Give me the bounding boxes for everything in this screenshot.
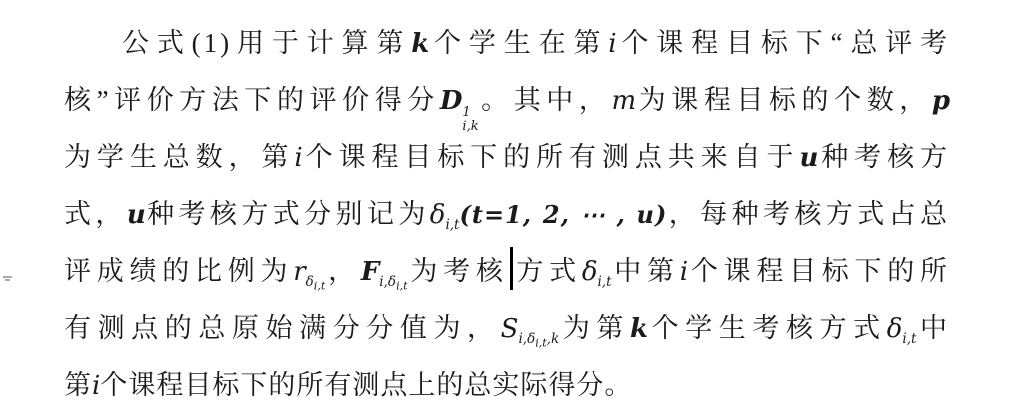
text-run: 个学生在第 (429, 28, 608, 58)
math-symbol-i: i (608, 29, 616, 59)
text-run: 个课程目标下的所 (688, 256, 950, 286)
text-run: 核”评价方法下的评价得分 (64, 85, 440, 115)
text-line-1[interactable]: 公式(1)用于计算第k个学生在第i个课程目标下“总评考 (64, 15, 950, 72)
text-line-5[interactable]: 评成绩的比例为rδi,t，Fi,δi,t为考核方式δi,t中第i个课程目标下的所 (64, 243, 950, 300)
text-line-3[interactable]: 为学生总数，第i个课程目标下的所有测点共来自于u种考核方 (64, 129, 950, 186)
math-symbol-k: k (630, 314, 648, 344)
math-symbol-r: rδi,t (293, 257, 325, 287)
math-subscript: i,t (902, 331, 916, 347)
math-symbol-F: Fi,δi,t (361, 257, 408, 287)
text-run: 个学生考核方式 (648, 313, 887, 343)
math-subscript: i,t (445, 217, 459, 233)
text-run: 为考核 (408, 256, 509, 286)
document-page[interactable]: 公式(1)用于计算第k个学生在第i个课程目标下“总评考核”评价方法下的评价得分D… (64, 15, 950, 414)
math-symbol-p: p (932, 86, 950, 116)
math-symbol-u: u (127, 200, 146, 230)
margin-marker-bar-top (3, 276, 12, 278)
math-symbol-δ: δi,t (430, 200, 460, 230)
text-run: 为学生总数，第 (64, 142, 294, 172)
text-run: 中第 (612, 256, 680, 286)
math-symbol-m: m (611, 86, 636, 116)
text-run: 个课程目标下的所有测点共来自于 (303, 142, 800, 172)
text-run: ，每种考核方式占总 (667, 199, 950, 229)
math-symbol-D: D1i,k (440, 86, 479, 116)
text-run: 评成绩的比例为 (64, 256, 293, 286)
text-run: 公式(1)用于计算第 (122, 28, 411, 58)
margin-marker-bar-bottom (5, 279, 10, 281)
text-run: 为课程目标的个数， (636, 85, 932, 115)
text-run: 个课程目标下“总评考 (617, 28, 950, 58)
text-run: 种考核方式分别记为 (146, 199, 430, 229)
text-line-4[interactable]: 式，u种考核方式分别记为δi,t(t=1, 2, ⋯ , u)，每种考核方式占总 (64, 186, 950, 243)
text-line-7[interactable]: 第i个课程目标下的所有测点上的总实际得分。 (64, 357, 950, 414)
text-run: 方式 (514, 256, 582, 286)
margin-marker-icon (3, 276, 12, 281)
math-subscript: i,δi,t (379, 274, 407, 290)
text-line-6[interactable]: 有测点的总原始满分分值为，Si,δi,t,k为第k个学生考核方式δi,t中 (64, 300, 950, 357)
text-run: ， (325, 256, 361, 286)
text-run: 式， (64, 199, 127, 229)
text-run: 中 (916, 313, 950, 343)
text-run: 个课程目标下的所有测点上的总实际得分。 (100, 370, 632, 400)
text-run: 。其中， (479, 85, 612, 115)
math-subscript: δi,t (306, 274, 326, 290)
math-symbol-S: Si,δi,t,k (501, 314, 560, 344)
text-line-2[interactable]: 核”评价方法下的评价得分D1i,k。其中，m为课程目标的个数，p (64, 72, 950, 129)
math-subscript: i,δi,t,k (518, 331, 559, 347)
math-symbol-i: i (680, 257, 688, 287)
text-run: 有测点的总原始满分分值为， (64, 313, 501, 343)
math-expression: (t=1, 2, ⋯ , u) (460, 200, 668, 229)
math-symbol-i: i (294, 143, 302, 173)
math-symbol-δ: δi,t (582, 257, 612, 287)
text-run: 种考核方 (818, 142, 950, 172)
text-run: 第 (64, 370, 92, 400)
math-symbol-δ: δi,t (887, 314, 917, 344)
text-cursor-caret (510, 247, 513, 290)
math-subscript: i,t (597, 274, 611, 290)
math-symbol-k: k (411, 29, 429, 59)
math-symbol-u: u (799, 143, 818, 173)
text-run: 为第 (559, 313, 630, 343)
